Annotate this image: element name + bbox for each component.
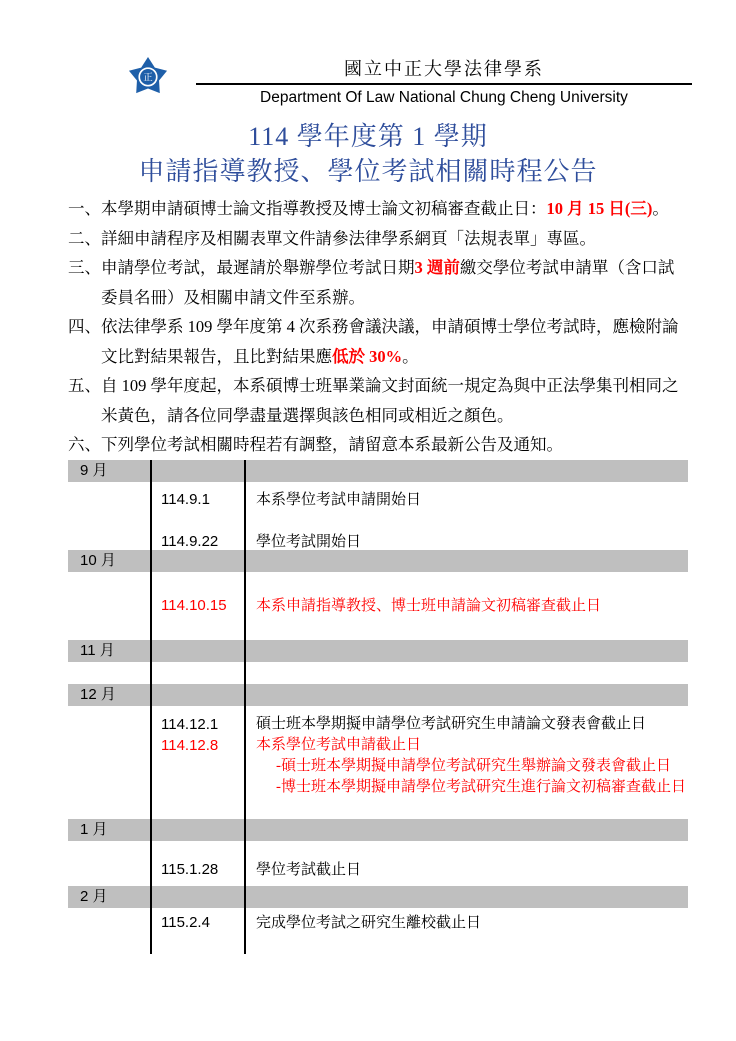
entry-date: 115.2.4 <box>161 913 244 933</box>
university-star-logo-icon: 正 <box>128 54 168 102</box>
entry-date-deadline: 114.12.8 <box>161 735 244 756</box>
notice-text-post: 。 <box>402 347 419 366</box>
month-row-september: 9 月 <box>68 460 688 482</box>
entry-desc-deadline: 本系學位考試申請截止日 <box>256 735 688 756</box>
notice-number: 一、 <box>68 199 101 218</box>
header: 正 國立中正大學法律學系 Department Of Law National … <box>0 0 736 109</box>
entry-row-february: 115.2.4 完成學位考試之研究生離校截止日 <box>68 908 688 954</box>
month-row-november: 11 月 <box>68 640 688 662</box>
notice-number: 二、 <box>68 229 101 248</box>
notice-highlight: 3 週前 <box>415 258 460 277</box>
month-row-february: 2 月 <box>68 886 688 908</box>
entry-date-deadline: 114.10.15 <box>161 596 244 616</box>
desc-cell <box>246 662 688 684</box>
notice-text: 申請學位考試，最遲請於舉辦學位考試日期 <box>101 258 415 277</box>
notice-text: 詳細申請程序及相關表單文件請參法律學系網頁「法規表單」專區。 <box>101 229 596 248</box>
header-name-block: 國立中正大學法律學系 Department Of Law National Ch… <box>196 56 692 109</box>
entry-date: 114.12.1 <box>161 714 244 735</box>
notice-text: 自 109 學年度起，本系碩博士班畢業論文封面統一規定為與中正法學集刊相同之米黃… <box>101 376 679 425</box>
department-name-en: Department Of Law National Chung Cheng U… <box>196 85 692 109</box>
month-label: 9 月 <box>68 460 150 482</box>
entry-desc: 本系學位考試申請開始日 <box>256 490 688 510</box>
entry-desc: 學位考試開始日 <box>256 532 688 552</box>
notice-item-2: 二、詳細申請程序及相關表單文件請參法律學系網頁「法規表單」專區。 <box>68 224 688 254</box>
notice-item-1: 一、本學期申請碩博士論文指導教授及博士論文初稿審查截止日：10 月 15 日(三… <box>68 194 688 224</box>
entry-desc: 學位考試截止日 <box>256 860 688 880</box>
date-cell: 115.1.28 <box>150 841 246 886</box>
entry-row-november-empty <box>68 662 688 684</box>
entry-desc-sub: -博士班本學期擬申請學位考試研究生進行論文初稿審查截止日 <box>256 777 688 798</box>
entry-date: 114.9.1 <box>161 490 244 510</box>
month-label: 1 月 <box>68 819 150 841</box>
notice-number: 六、 <box>68 435 101 454</box>
notice-item-4: 四、依法律學系 109 學年度第 4 次系務會議決議，申請碩博士學位考試時，應檢… <box>68 312 688 371</box>
month-row-december: 12 月 <box>68 684 688 706</box>
entry-row-january: 115.1.28 學位考試截止日 <box>68 841 688 886</box>
entry-date: 115.1.28 <box>161 860 244 880</box>
entry-desc-deadline: 本系申請指導教授、博士班申請論文初稿審查截止日 <box>256 596 688 616</box>
notice-item-5: 五、自 109 學年度起，本系碩博士班畢業論文封面統一規定為與中正法學集刊相同之… <box>68 371 688 430</box>
desc-cell: 完成學位考試之研究生離校截止日 <box>246 908 688 954</box>
notice-highlight: 低於 30% <box>332 347 402 366</box>
date-cell: 115.2.4 <box>150 908 246 954</box>
month-row-october: 10 月 <box>68 550 688 572</box>
notice-text-post: 。 <box>652 199 669 218</box>
schedule-table: 9 月 114.9.1 114.9.22 本系學位考試申請開始日 學位考試開始日… <box>68 460 688 954</box>
notice-number: 三、 <box>68 258 101 277</box>
month-label: 12 月 <box>68 684 150 706</box>
entry-row-december: 114.12.1 114.12.8 碩士班本學期擬申請學位考試研究生申請論文發表… <box>68 706 688 819</box>
notice-item-6: 六、下列學位考試相關時程若有調整，請留意本系最新公告及通知。 <box>68 430 688 460</box>
month-row-january: 1 月 <box>68 819 688 841</box>
page-title-semester: 114 學年度第 1 學期 <box>0 121 736 153</box>
desc-cell: 本系學位考試申請開始日 學位考試開始日 <box>246 482 688 550</box>
desc-cell: 本系申請指導教授、博士班申請論文初稿審查截止日 <box>246 572 688 640</box>
notice-number: 五、 <box>68 376 101 395</box>
notice-text: 本學期申請碩博士論文指導教授及博士論文初稿審查截止日： <box>101 199 547 218</box>
department-name-zh: 國立中正大學法律學系 <box>196 56 692 85</box>
notice-number: 四、 <box>68 317 101 336</box>
notice-text: 下列學位考試相關時程若有調整，請留意本系最新公告及通知。 <box>101 435 563 454</box>
desc-cell: 碩士班本學期擬申請學位考試研究生申請論文發表會截止日 本系學位考試申請截止日 -… <box>246 706 688 819</box>
date-cell: 114.12.1 114.12.8 <box>150 706 246 819</box>
notice-item-3: 三、申請學位考試，最遲請於舉辦學位考試日期3 週前繳交學位考試申請單（含口試委員… <box>68 253 688 312</box>
date-cell <box>150 662 246 684</box>
entry-row-october: 114.10.15 本系申請指導教授、博士班申請論文初稿審查截止日 <box>68 572 688 640</box>
entry-desc: 完成學位考試之研究生離校截止日 <box>256 913 688 933</box>
month-label: 11 月 <box>68 640 150 662</box>
entry-desc: 碩士班本學期擬申請學位考試研究生申請論文發表會截止日 <box>256 714 688 735</box>
page-title-announcement: 申請指導教授、學位考試相關時程公告 <box>0 156 736 188</box>
entry-date: 114.9.22 <box>161 532 244 552</box>
entry-row-september: 114.9.1 114.9.22 本系學位考試申請開始日 學位考試開始日 <box>68 482 688 550</box>
date-cell: 114.10.15 <box>150 572 246 640</box>
date-cell: 114.9.1 114.9.22 <box>150 482 246 550</box>
entry-desc-sub: -碩士班本學期擬申請學位考試研究生舉辦論文發表會截止日 <box>256 756 688 777</box>
month-label: 2 月 <box>68 886 150 908</box>
month-label: 10 月 <box>68 550 150 572</box>
notice-highlight: 10 月 15 日(三) <box>547 199 653 218</box>
announcement-page: 正 國立中正大學法律學系 Department Of Law National … <box>0 0 736 1041</box>
notice-list: 一、本學期申請碩博士論文指導教授及博士論文初稿審查截止日：10 月 15 日(三… <box>68 194 688 460</box>
desc-cell: 學位考試截止日 <box>246 841 688 886</box>
svg-text:正: 正 <box>143 73 153 84</box>
